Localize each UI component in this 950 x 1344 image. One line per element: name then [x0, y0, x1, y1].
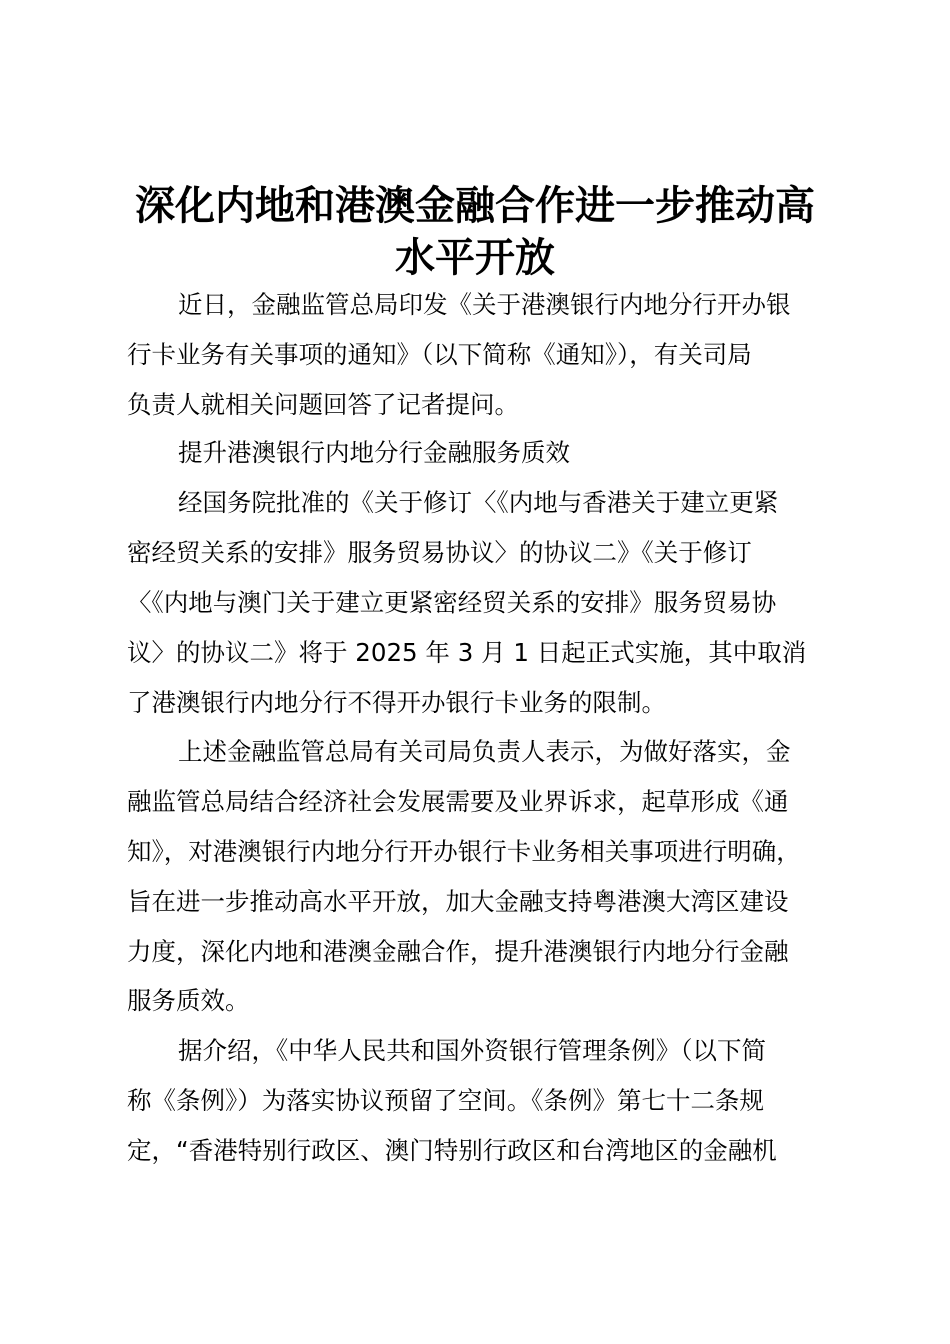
- paragraph-line: 据介绍，《中华人民共和国外资银行管理条例》（以下简: [178, 1036, 766, 1066]
- paragraph-line: 服务质效。: [127, 986, 250, 1016]
- paragraph-line: 融监管总局结合经济社会发展需要及业界诉求，起草形成《通: [127, 787, 789, 817]
- paragraph-line: 了港澳银行内地分行不得开办银行卡业务的限制。: [127, 688, 666, 718]
- document-title-line-2: 水平开放: [100, 232, 850, 284]
- paragraph-line: 行卡业务有关事项的通知》（以下简称《通知》），有关司局: [127, 340, 752, 370]
- paragraph-line: 密经贸关系的安排》服务贸易协议〉的协议二》《关于修订: [127, 538, 752, 568]
- paragraph-line: 力度，深化内地和港澳金融合作，提升港澳银行内地分行金融: [127, 937, 789, 967]
- document-page: 深化内地和港澳金融合作进一步推动高 水平开放 近日，金融监管总局印发《关于港澳银…: [0, 0, 950, 1344]
- paragraph-line: 负责人就相关问题回答了记者提问。: [127, 390, 519, 420]
- paragraph-line: 定，“香港特别行政区、澳门特别行政区和台湾地区的金融机: [127, 1136, 777, 1166]
- paragraph-line: 近日，金融监管总局印发《关于港澳银行内地分行开办银: [178, 290, 791, 320]
- paragraph-line: 〈《内地与澳门关于建立更紧密经贸关系的安排》服务贸易协: [127, 588, 776, 618]
- paragraph-line: 知》，对港澳银行内地分行开办银行卡业务相关事项进行明确，: [127, 837, 801, 867]
- paragraph-line: 上述金融监管总局有关司局负责人表示，为做好落实，金: [178, 737, 791, 767]
- section-subheading: 提升港澳银行内地分行金融服务质效: [178, 438, 570, 468]
- paragraph-line: 经国务院批准的《关于修订〈《内地与香港关于建立更紧: [178, 488, 778, 518]
- paragraph-line: 议〉的协议二》将于 2025 年 3 月 1 日起正式实施，其中取消: [127, 638, 806, 668]
- document-title-line-1: 深化内地和港澳金融合作进一步推动高: [100, 180, 850, 232]
- paragraph-line: 称《条例》）为落实协议预留了空间。《条例》第七十二条规: [127, 1086, 764, 1116]
- paragraph-line: 旨在进一步推动高水平开放，加大金融支持粤港澳大湾区建设: [127, 887, 789, 917]
